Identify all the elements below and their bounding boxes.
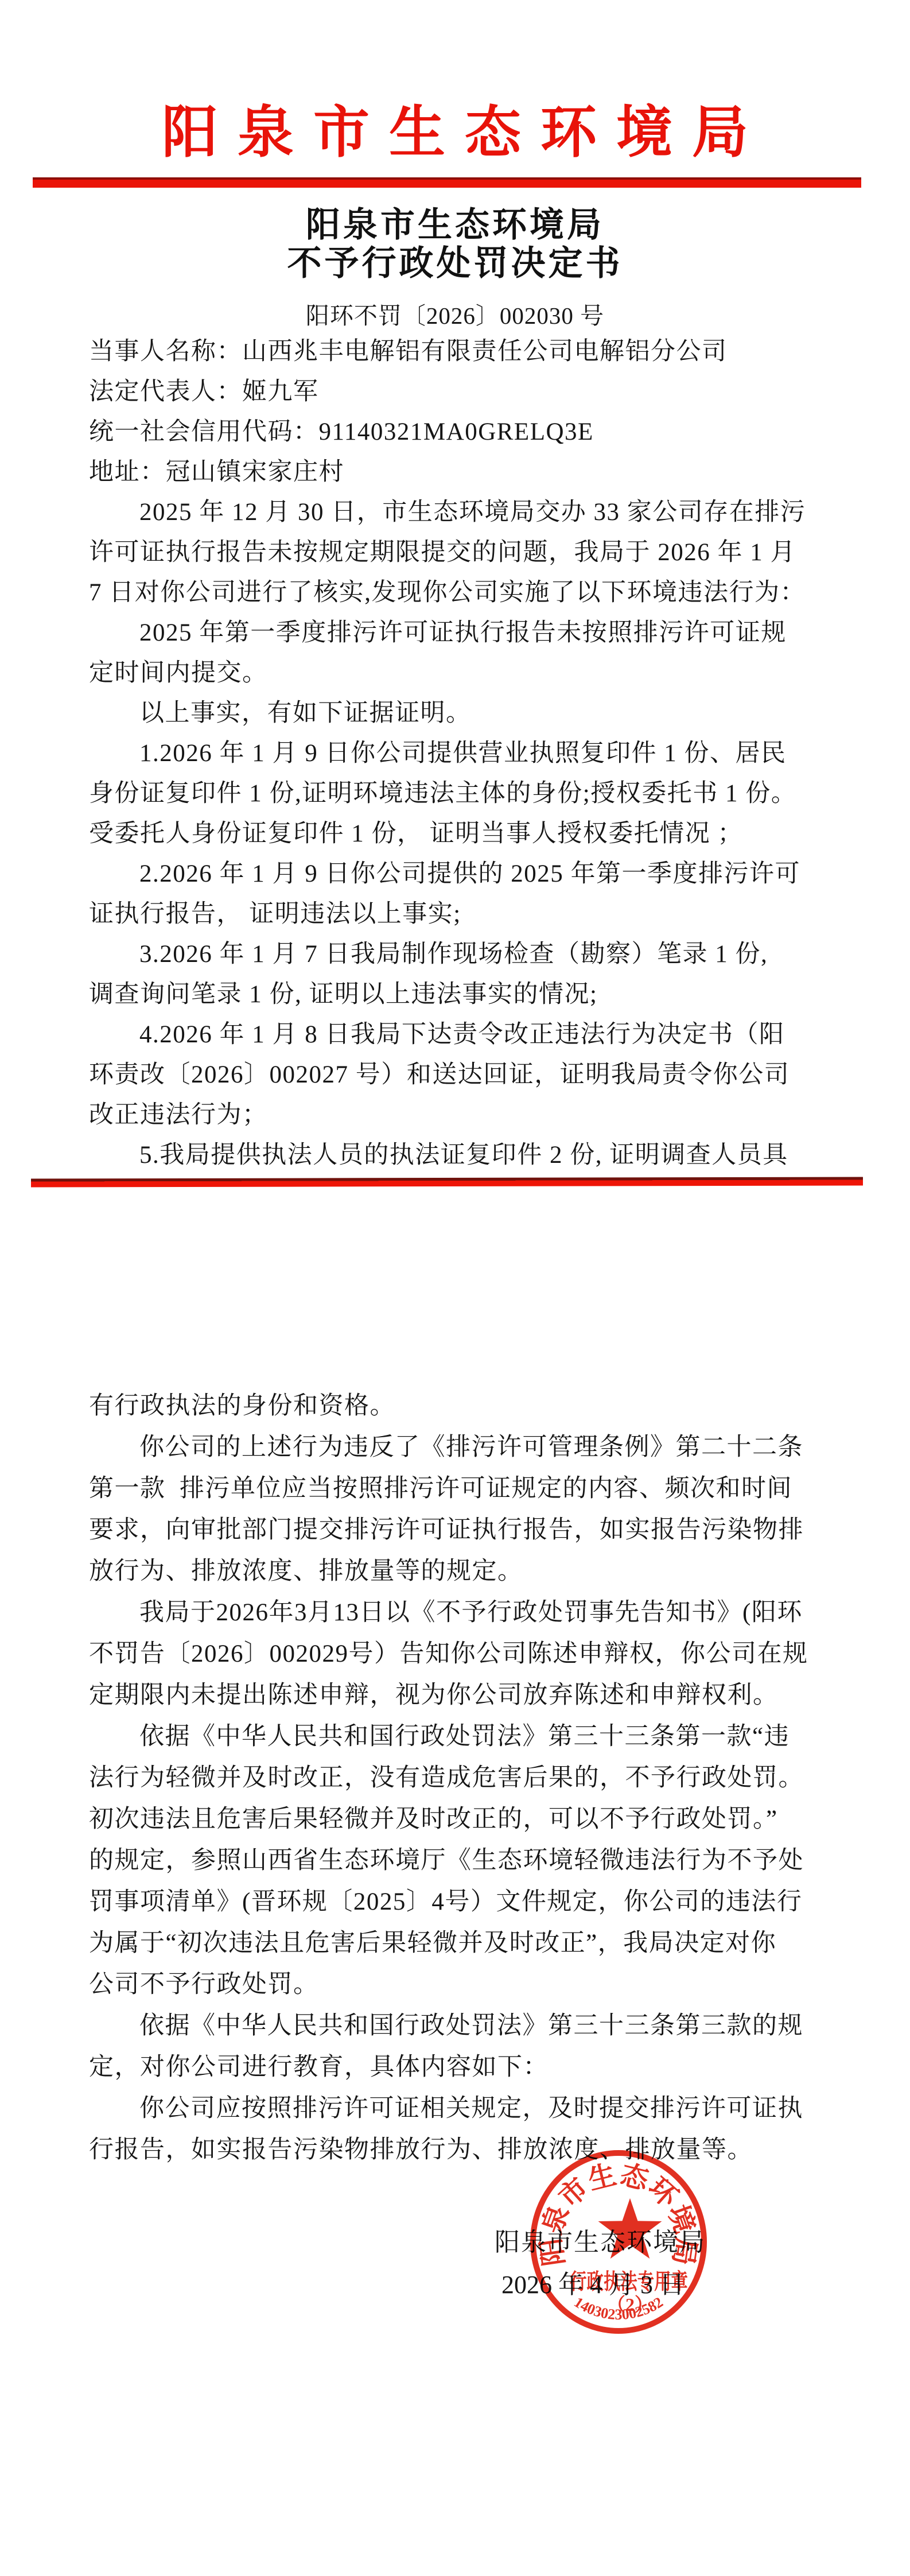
body-line: 证执行报告， 证明违法以上事实; [89, 894, 846, 934]
body-line: 5.我局提供执法人员的执法证复印件 2 份, 证明调查人员具 [89, 1135, 846, 1176]
document-title-type: 不予行政处罚决定书 [0, 236, 910, 285]
body-line: 环责改〔2026〕002027 号）和送达回证，证明我局责令你公司 [89, 1055, 846, 1095]
body-line: 调查询问笔录 1 份, 证明以上违法事实的情况; [89, 975, 846, 1015]
body-page2: 有行政执法的身份和资格。你公司的上述行为违反了《排污许可管理条例》第二十二条第一… [89, 1386, 846, 2171]
body-line: 定时间内提交。 [89, 653, 846, 693]
body-line: 初次违法且危害后果轻微并及时改正的，可以不予行政处罚。” [89, 1799, 846, 1840]
body-line: 行报告，如实报告污染物排放行为、排放浓度、排放量等。 [89, 2129, 846, 2171]
body-line: 7 日对你公司进行了核实,发现你公司实施了以下环境违法行为： [89, 573, 846, 613]
body-line: 有行政执法的身份和资格。 [89, 1386, 846, 1427]
body-line: 罚事项清单》(晋环规〔2025〕4号）文件规定，你公司的违法行 [89, 1881, 846, 1923]
body-line: 定，对你公司进行教育，具体内容如下： [89, 2047, 846, 2088]
body-line: 改正违法行为； [89, 1095, 846, 1135]
body-line: 受委托人身份证复印件 1 份， 证明当事人授权委托情况 ； [89, 814, 846, 854]
body-line: 依据《中华人民共和国行政处罚法》第三十三条第一款“违 [89, 1716, 846, 1758]
document-number: 阳环不罚〔2026〕002030 号 [0, 297, 910, 331]
body-line: 依据《中华人民共和国行政处罚法》第三十三条第三款的规 [89, 2005, 846, 2047]
official-seal-stamp: 阳泉市生态环境局 行政执法专用章 （2） 1403023002582 [528, 2148, 709, 2336]
body-line: 你公司的上述行为违反了《排污许可管理条例》第二十二条 [89, 1427, 846, 1468]
body-line: 的规定，参照山西省生态环境厅《生态环境轻微违法行为不予处 [89, 1840, 846, 1881]
body-line: 统一社会信用代码：91140321MA0GRELQ3E [89, 412, 846, 452]
body-line: 公司不予行政处罚。 [89, 1964, 846, 2005]
body-line: 许可证执行报告未按规定期限提交的问题，我局于 2026 年 1 月 [89, 533, 846, 573]
body-line: 2025 年第一季度排污许可证执行报告未按照排污许可证规 [89, 613, 846, 653]
letterhead-title: 阳泉市生态环境局 [0, 87, 910, 168]
body-line: 身份证复印件 1 份,证明环境违法主体的身份;授权委托书 1 份。 [89, 774, 846, 814]
body-line: 地址：冠山镇宋家庄村 [89, 452, 846, 492]
body-line: 2.2026 年 1 月 9 日你公司提供的 2025 年第一季度排污许可 [89, 854, 846, 894]
body-line: 法定代表人：姬九军 [89, 372, 846, 412]
stamp-star [598, 2198, 662, 2259]
body-page1: 当事人名称：山西兆丰电解铝有限责任公司电解铝分公司法定代表人：姬九军统一社会信用… [89, 332, 846, 1176]
document-page: 阳泉市生态环境局 阳泉市生态环境局 不予行政处罚决定书 阳环不罚〔2026〕00… [0, 0, 910, 2576]
body-line: 要求，向审批部门提交排污许可证执行报告，如实报告污染物排 [89, 1510, 846, 1551]
letterhead-rule [33, 177, 861, 188]
body-line: 2025 年 12 月 30 日，市生态环境局交办 33 家公司存在排污 [89, 492, 846, 533]
body-line: 当事人名称：山西兆丰电解铝有限责任公司电解铝分公司 [89, 332, 846, 372]
body-line: 以上事实，有如下证据证明。 [89, 693, 846, 734]
body-line: 你公司应按照排污许可证相关规定，及时提交排污许可证执 [89, 2088, 846, 2129]
body-line: 放行为、排放浓度、排放量等的规定。 [89, 1551, 846, 1592]
body-line: 法行为轻微并及时改正，没有造成危害后果的，不予行政处罚。 [89, 1758, 846, 1799]
body-line: 为属于“初次违法且危害后果轻微并及时改正”，我局决定对你 [89, 1923, 846, 1964]
body-line: 第一款 排污单位应当按照排污许可证规定的内容、频次和时间 [89, 1468, 846, 1510]
body-line: 3.2026 年 1 月 7 日我局制作现场检查（勘察）笔录 1 份, [89, 934, 846, 975]
body-line: 我局于2026年3月13日以《不予行政处罚事先告知书》(阳环 [89, 1592, 846, 1634]
body-line: 1.2026 年 1 月 9 日你公司提供营业执照复印件 1 份、居民 [89, 734, 846, 774]
body-line: 不罚告〔2026〕002029号）告知你公司陈述申辩权，你公司在规 [89, 1634, 846, 1675]
stamp-label: 行政执法专用章 [570, 2269, 688, 2294]
body-line: 4.2026 年 1 月 8 日我局下达责令改正违法行为决定书（阳 [89, 1015, 846, 1055]
body-line: 定期限内未提出陈述申辩，视为你公司放弃陈述和申辩权利。 [89, 1675, 846, 1716]
page-separator-line [31, 1177, 863, 1187]
